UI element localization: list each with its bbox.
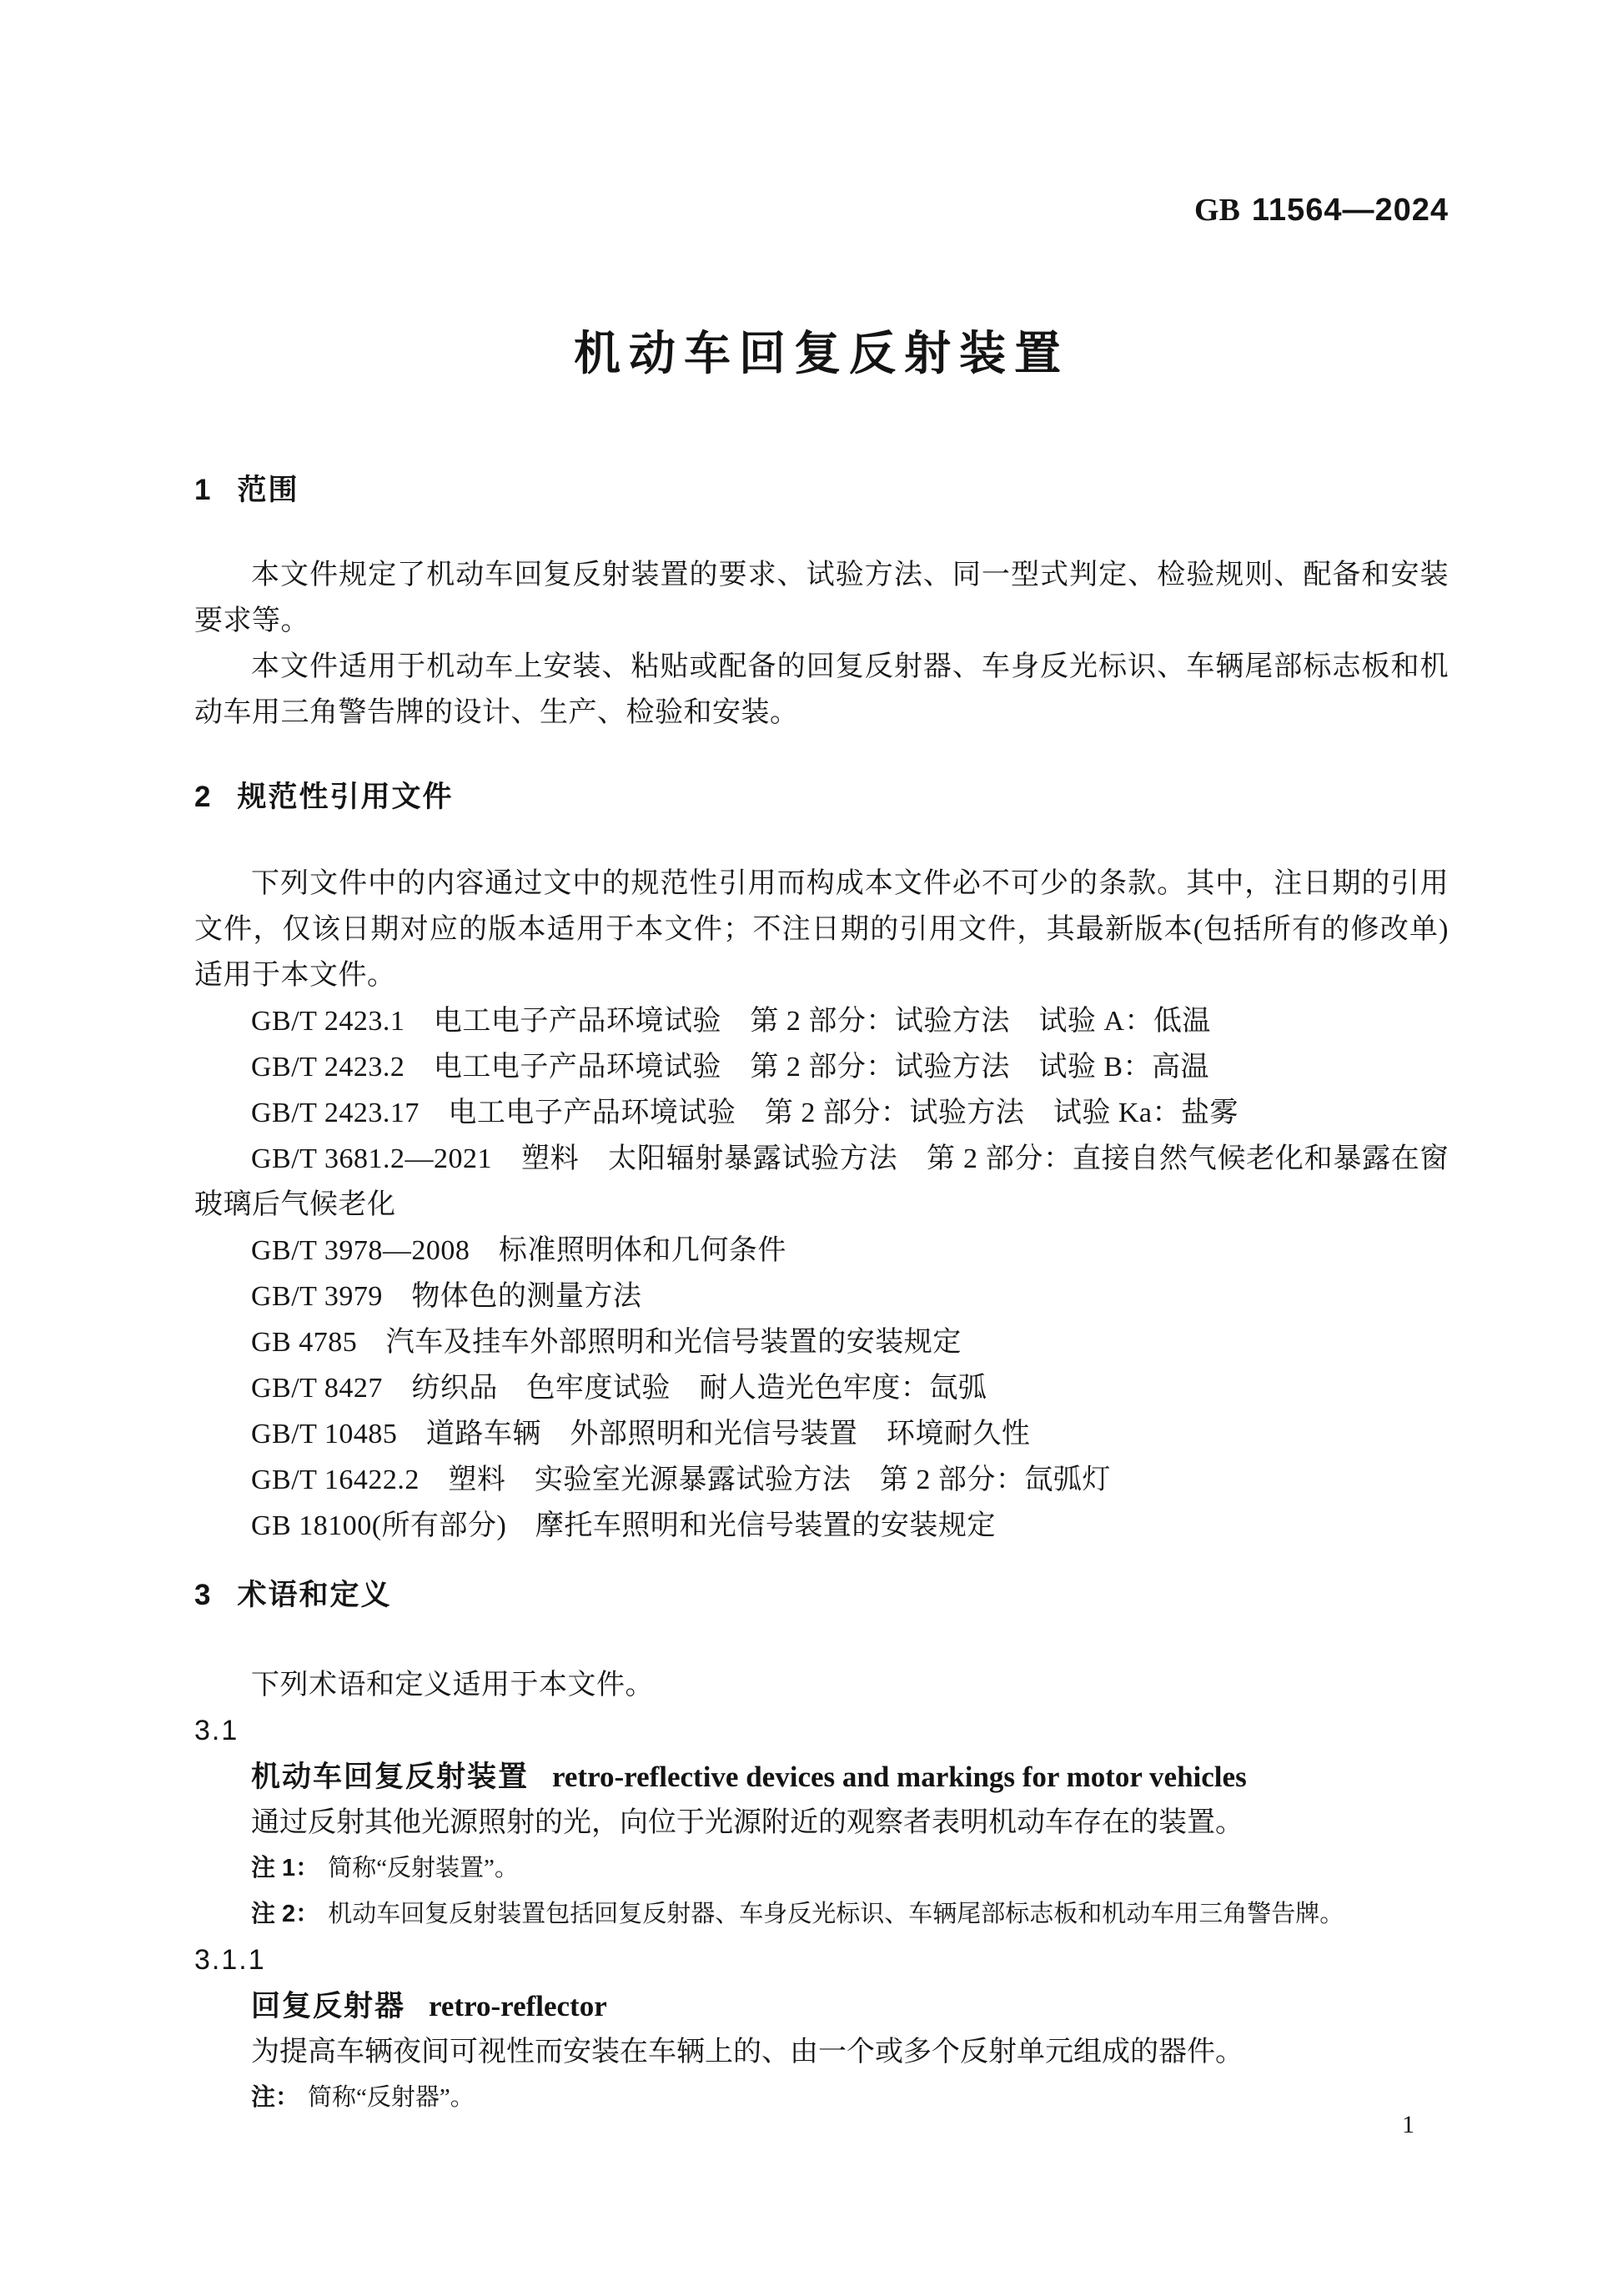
reference-item: GB/T 10485 道路车辆 外部照明和光信号装置 环境耐久性 — [194, 1411, 1449, 1457]
standard-prefix: GB — [1194, 193, 1240, 228]
reference-item: GB 18100(所有部分) 摩托车照明和光信号装置的安装规定 — [194, 1503, 1449, 1549]
reference-item: GB/T 3978—2008 标准照明体和几何条件 — [194, 1228, 1449, 1274]
section-2-intro: 下列文件中的内容通过文中的规范性引用而构成本文件必不可少的条款。其中，注日期的引… — [194, 861, 1449, 998]
section-2-title: 规范性引用文件 — [237, 774, 453, 821]
term-definition: 通过反射其他光源照射的光，向位于光源附近的观察者表明机动车存在的装置。 — [194, 1800, 1449, 1846]
standard-number: GB11564—2024 — [194, 188, 1449, 234]
reference-item: GB/T 3681.2—2021 塑料 太阳辐射暴露试验方法 第 2 部分：直接… — [194, 1136, 1449, 1228]
note-text: 机动车回复反射装置包括回复反射器、车身反光标识、车辆尾部标志板和机动车用三角警告… — [328, 1901, 1344, 1927]
section-1-paragraph: 本文件规定了机动车回复反射装置的要求、试验方法、同一型式判定、检验规则、配备和安… — [194, 552, 1449, 644]
section-1-heading: 1范围 — [194, 467, 1449, 514]
term-line: 机动车回复反射装置retro-reflective devices and ma… — [194, 1754, 1449, 1800]
section-1-number: 1 — [194, 467, 210, 514]
page-number: 1 — [1402, 2102, 1414, 2148]
term-zh: 回复反射器 — [251, 1990, 405, 2022]
term-note: 注 1：简称“反射装置”。 — [194, 1846, 1449, 1892]
reference-item: GB/T 16422.2 塑料 实验室光源暴露试验方法 第 2 部分：氙弧灯 — [194, 1457, 1449, 1503]
term-en: retro-reflector — [429, 1990, 607, 2022]
section-3-intro: 下列术语和定义适用于本文件。 — [194, 1662, 1449, 1708]
section-3-heading: 3术语和定义 — [194, 1572, 1449, 1619]
standard-code: 11564—2024 — [1252, 193, 1449, 228]
reference-item: GB/T 2423.1 电工电子产品环境试验 第 2 部分：试验方法 试验 A：… — [194, 998, 1449, 1044]
term-note: 注 2：机动车回复反射装置包括回复反射器、车身反光标识、车辆尾部标志板和机动车用… — [194, 1892, 1449, 1937]
reference-item: GB/T 3979 物体色的测量方法 — [194, 1274, 1449, 1319]
reference-item: GB/T 8427 纺织品 色牢度试验 耐人造光色牢度：氙弧 — [194, 1365, 1449, 1411]
term-zh: 机动车回复反射装置 — [251, 1761, 529, 1793]
section-3-number: 3 — [194, 1572, 210, 1619]
term-note: 注：简称“反射器”。 — [194, 2075, 1449, 2121]
note-label: 注 2： — [251, 1901, 319, 1927]
section-2-heading: 2规范性引用文件 — [194, 774, 1449, 821]
term-definition: 为提高车辆夜间可视性而安装在车辆上的、由一个或多个反射单元组成的器件。 — [194, 2029, 1449, 2075]
note-label: 注： — [251, 2084, 299, 2111]
clause-number: 3.1 — [194, 1708, 1449, 1754]
reference-item: GB/T 2423.2 电工电子产品环境试验 第 2 部分：试验方法 试验 B：… — [194, 1044, 1449, 1090]
section-1-paragraph: 本文件适用于机动车上安装、粘贴或配备的回复反射器、车身反光标识、车辆尾部标志板和… — [194, 644, 1449, 736]
section-3-title: 术语和定义 — [237, 1572, 391, 1619]
term-line: 回复反射器retro-reflector — [194, 1983, 1449, 2029]
note-text: 简称“反射装置”。 — [328, 1855, 519, 1882]
term-en: retro-reflective devices and markings fo… — [552, 1761, 1247, 1793]
note-text: 简称“反射器”。 — [308, 2084, 475, 2111]
section-1-title: 范围 — [237, 467, 299, 514]
reference-item: GB/T 2423.17 电工电子产品环境试验 第 2 部分：试验方法 试验 K… — [194, 1090, 1449, 1136]
section-2-number: 2 — [194, 774, 210, 821]
document-page: GB11564—2024 机动车回复反射装置 1范围 本文件规定了机动车回复反射… — [0, 0, 1623, 2296]
reference-item: GB 4785 汽车及挂车外部照明和光信号装置的安装规定 — [194, 1319, 1449, 1365]
clause-number: 3.1.1 — [194, 1937, 1449, 1983]
document-title: 机动车回复反射装置 — [194, 324, 1449, 384]
note-label: 注 1： — [251, 1855, 319, 1882]
